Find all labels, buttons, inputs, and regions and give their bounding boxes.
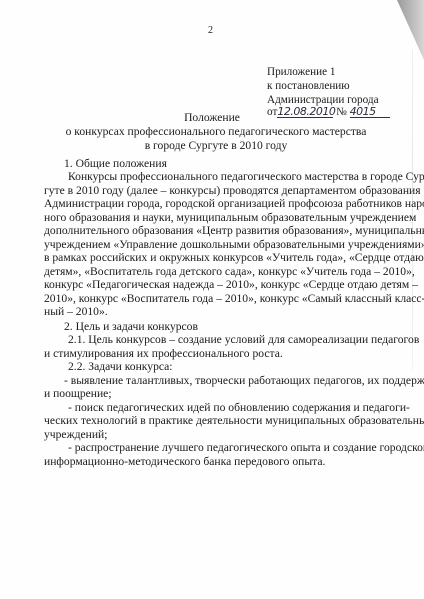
section-2-line: ческих технологий в практике деятельност… bbox=[44, 414, 390, 427]
section-1-line: учреждением «Управление дошкольными обра… bbox=[44, 238, 390, 251]
section-1-line: Администрации города, городской организа… bbox=[44, 197, 390, 210]
document-page: 2 Приложение 1 к постановлению Администр… bbox=[0, 0, 424, 599]
section-2-line: учреждений; bbox=[44, 428, 107, 441]
section-1-line: ного образования и науки, муниципальным … bbox=[44, 211, 390, 224]
section-1-line: детям», «Воспитатель года детского сада»… bbox=[44, 265, 390, 278]
document-subtitle-1: о конкурсах профессионального педагогиче… bbox=[0, 125, 424, 138]
document-subtitle-2: в городе Сургуте в 2010 году bbox=[0, 139, 424, 152]
section-2-line: и стимулирования их профессионального ро… bbox=[44, 347, 283, 360]
section-1-line: гуте в 2010 году (далее – конкурсы) пров… bbox=[44, 184, 390, 197]
section-1-line: 2010», конкурс «Воспитатель года – 2010»… bbox=[44, 292, 390, 305]
section-1-line: конкурс «Педагогическая надежда – 2010»,… bbox=[44, 278, 390, 291]
section-2-heading: 2. Цель и задачи конкурсов bbox=[64, 320, 198, 333]
section-1-heading: 1. Общие положения bbox=[64, 157, 167, 170]
section-2-line: - поиск педагогических идей по обновлени… bbox=[68, 401, 390, 414]
section-2-line: и поощрение; bbox=[44, 387, 112, 400]
section-1-line: Конкурсы профессионального педагогическо… bbox=[68, 170, 390, 183]
section-2-line: - выявление талантливых, творчески работ… bbox=[64, 374, 390, 387]
section-2-line: информационно-методического банка передо… bbox=[44, 455, 325, 468]
section-2-line: 2.2. Задачи конкурса: bbox=[68, 360, 173, 373]
section-2-line: 2.1. Цель конкурсов – создание условий д… bbox=[68, 333, 390, 346]
section-1-line: дополнительного образования «Центр разви… bbox=[44, 224, 390, 237]
appendix-line-2: к постановлению bbox=[267, 80, 350, 93]
scan-edge bbox=[412, 50, 413, 370]
section-1-line: в рамках российских и окружных конкурсов… bbox=[44, 251, 390, 264]
section-1-line: ный – 2010». bbox=[44, 305, 108, 318]
appendix-line-1: Приложение 1 bbox=[267, 66, 335, 79]
document-title: Положение bbox=[0, 111, 424, 124]
scan-shadow bbox=[397, 0, 424, 60]
section-2-line: - распространение лучшего педагогическог… bbox=[68, 441, 390, 454]
page-number: 2 bbox=[208, 24, 213, 37]
